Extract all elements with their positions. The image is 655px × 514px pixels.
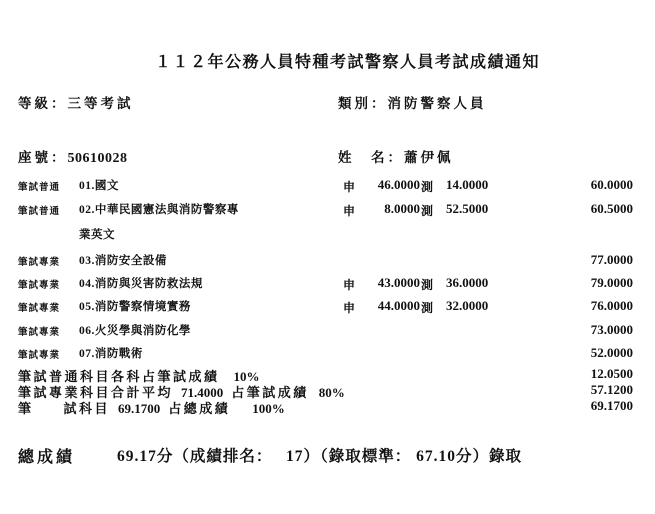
summary-percentage: 100% [252,401,285,416]
summary-weighted-score: 57.1200 [546,382,633,398]
subject-name-continued: 業英文 [79,226,115,242]
exam-level-value: 三等考試 [68,96,134,111]
subject-name: 07.消防戰術 [79,345,143,361]
candidate-name-value: 蕭伊佩 [404,150,454,165]
test-mark: 測 [421,178,433,195]
test-mark: 測 [421,299,433,316]
exam-level-field: 等級：三等考試 [18,92,134,112]
exam-category-tag: 筆試普通 [18,179,60,193]
document-title: １１２年公務人員特種考試警察人員考試成績通知 [40,49,655,72]
score-row-05: 筆試專業 05.消防警察情境實務 申 44.0000 測 32.0000 76.… [0,298,655,313]
essay-score: 43.0000 [352,275,420,291]
exam-category-tag: 筆試普通 [18,203,60,217]
seat-number-label: 座號： [18,150,68,165]
subject-name: 03.消防安全設備 [79,252,167,268]
summary-weighted-score: 12.0500 [546,366,633,382]
score-row-06: 筆試專業 06.火災學與消防化學 73.0000 [0,322,655,337]
summary-text: 試科目 [64,401,111,416]
seat-number-field: 座號：50610028 [18,146,128,167]
exam-category-tag: 筆試專業 [18,277,60,291]
score-row-07: 筆試專業 07.消防戰術 52.0000 [0,345,655,360]
subject-total-score: 76.0000 [546,298,633,314]
test-score: 52.5000 [446,201,488,217]
test-mark: 測 [421,202,433,219]
subject-total-score: 60.5000 [546,201,633,217]
score-row-02-wrap: 業英文 [0,226,655,241]
exam-category-field: 類別：消防警察人員 [338,92,487,112]
exam-category-value: 消防警察人員 [388,96,487,111]
summary-text: 占總成績 [168,401,230,416]
exam-level-label: 等級： [18,96,68,111]
subject-name: 04.消防與災害防救法規 [79,275,203,291]
total-score-detail: 69.17分（成績排名： 17）（錄取標準： 67.10分）錄取 [117,444,522,466]
summary-line-written-total: 筆試科目69.1700占總成績100% 69.1700 [18,398,655,417]
subject-name: 02.中華民國憲法與消防警察專 [79,201,239,217]
exam-category-tag: 筆試專業 [18,254,60,268]
essay-score: 8.0000 [352,201,420,217]
summary-text: 筆 [18,401,34,416]
summary-average: 69.1700 [118,401,160,416]
seat-number-value: 50610028 [68,151,128,166]
subject-total-score: 73.0000 [546,322,633,338]
candidate-name-field: 姓 名：蕭伊佩 [338,146,454,166]
exam-category-tag: 筆試專業 [18,347,60,361]
score-row-03: 筆試專業 03.消防安全設備 77.0000 [0,252,655,267]
test-score: 36.0000 [446,275,488,291]
summary-weighted-score: 69.1700 [546,398,633,414]
essay-score: 44.0000 [352,298,420,314]
score-row-02: 筆試普通 02.中華民國憲法與消防警察專 申 8.0000 測 52.5000 … [0,201,655,216]
subject-name: 01.國文 [79,177,119,193]
test-score: 14.0000 [446,177,488,193]
candidate-name-label: 姓 名： [338,150,404,165]
score-row-04: 筆試專業 04.消防與災害防救法規 申 43.0000 測 36.0000 79… [0,275,655,290]
test-score: 32.0000 [446,298,488,314]
exam-category-tag: 筆試專業 [18,300,60,314]
subject-name: 06.火災學與消防化學 [79,322,191,338]
subject-total-score: 79.0000 [546,275,633,291]
exam-category-label: 類別： [338,96,388,111]
score-row-01: 筆試普通 01.國文 申 46.0000 測 14.0000 60.0000 [0,177,655,192]
subject-total-score: 77.0000 [546,252,633,268]
test-mark: 測 [421,276,433,293]
subject-total-score: 52.0000 [546,345,633,361]
essay-score: 46.0000 [352,177,420,193]
subject-total-score: 60.0000 [546,177,633,193]
exam-score-notice-page: １１２年公務人員特種考試警察人員考試成績通知 等級：三等考試 類別：消防警察人員… [0,0,655,514]
total-score-label: 總成績 [18,444,75,467]
exam-category-tag: 筆試專業 [18,324,60,338]
subject-name: 05.消防警察情境實務 [79,298,191,314]
